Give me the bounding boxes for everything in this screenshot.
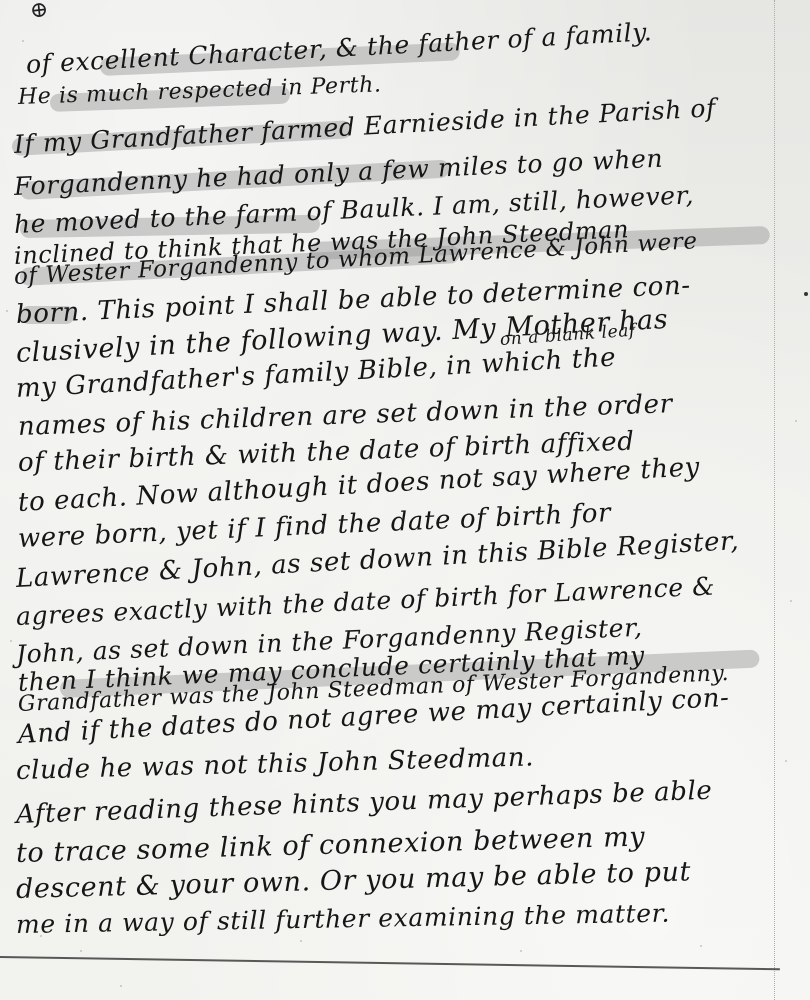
right-margin-dotted-line [774, 0, 775, 1000]
paper-speckle [60, 180, 62, 182]
paper-speckle [795, 420, 797, 422]
letter-line: of excellent Character, & the father of … [25, 17, 653, 79]
scanned-letter-page: ⊕ of excellent Character, & the father o… [0, 0, 810, 1000]
paper-speckle [520, 950, 522, 952]
paper-speckle [700, 945, 702, 947]
paper-speckle [80, 950, 82, 952]
page-mark-symbol: ⊕ [29, 0, 50, 23]
paper-speckle [40, 935, 42, 937]
paper-speckle [300, 940, 302, 942]
paper-speckle [790, 600, 792, 602]
bottom-ruled-line [0, 956, 780, 970]
paper-speckle [10, 640, 12, 642]
paper-speckle [785, 760, 787, 762]
paper-speckle [804, 292, 808, 296]
paper-speckle [120, 985, 122, 987]
paper-speckle [22, 40, 24, 42]
letter-line: me in a way of still further examining t… [16, 899, 671, 939]
paper-speckle [6, 310, 8, 312]
letter-line: clude he was not this John Steedman. [16, 742, 535, 786]
